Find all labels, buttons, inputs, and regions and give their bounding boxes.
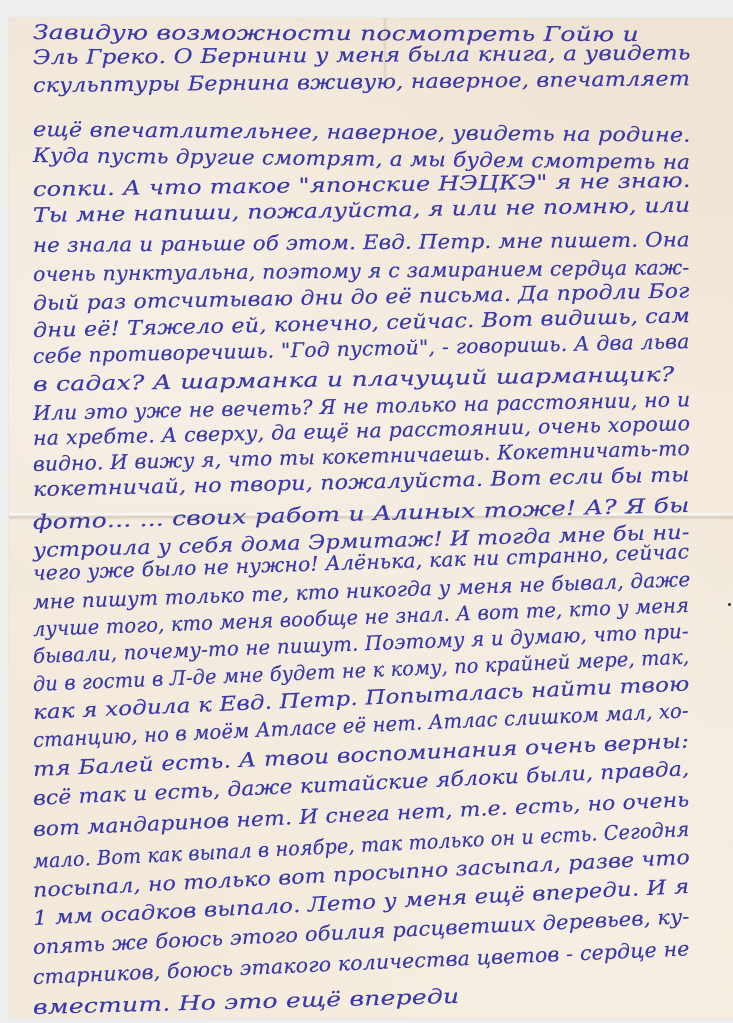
ink-speck [728, 603, 731, 606]
letter-line: Эль Греко. О Бернини у меня была книга, … [33, 40, 691, 69]
